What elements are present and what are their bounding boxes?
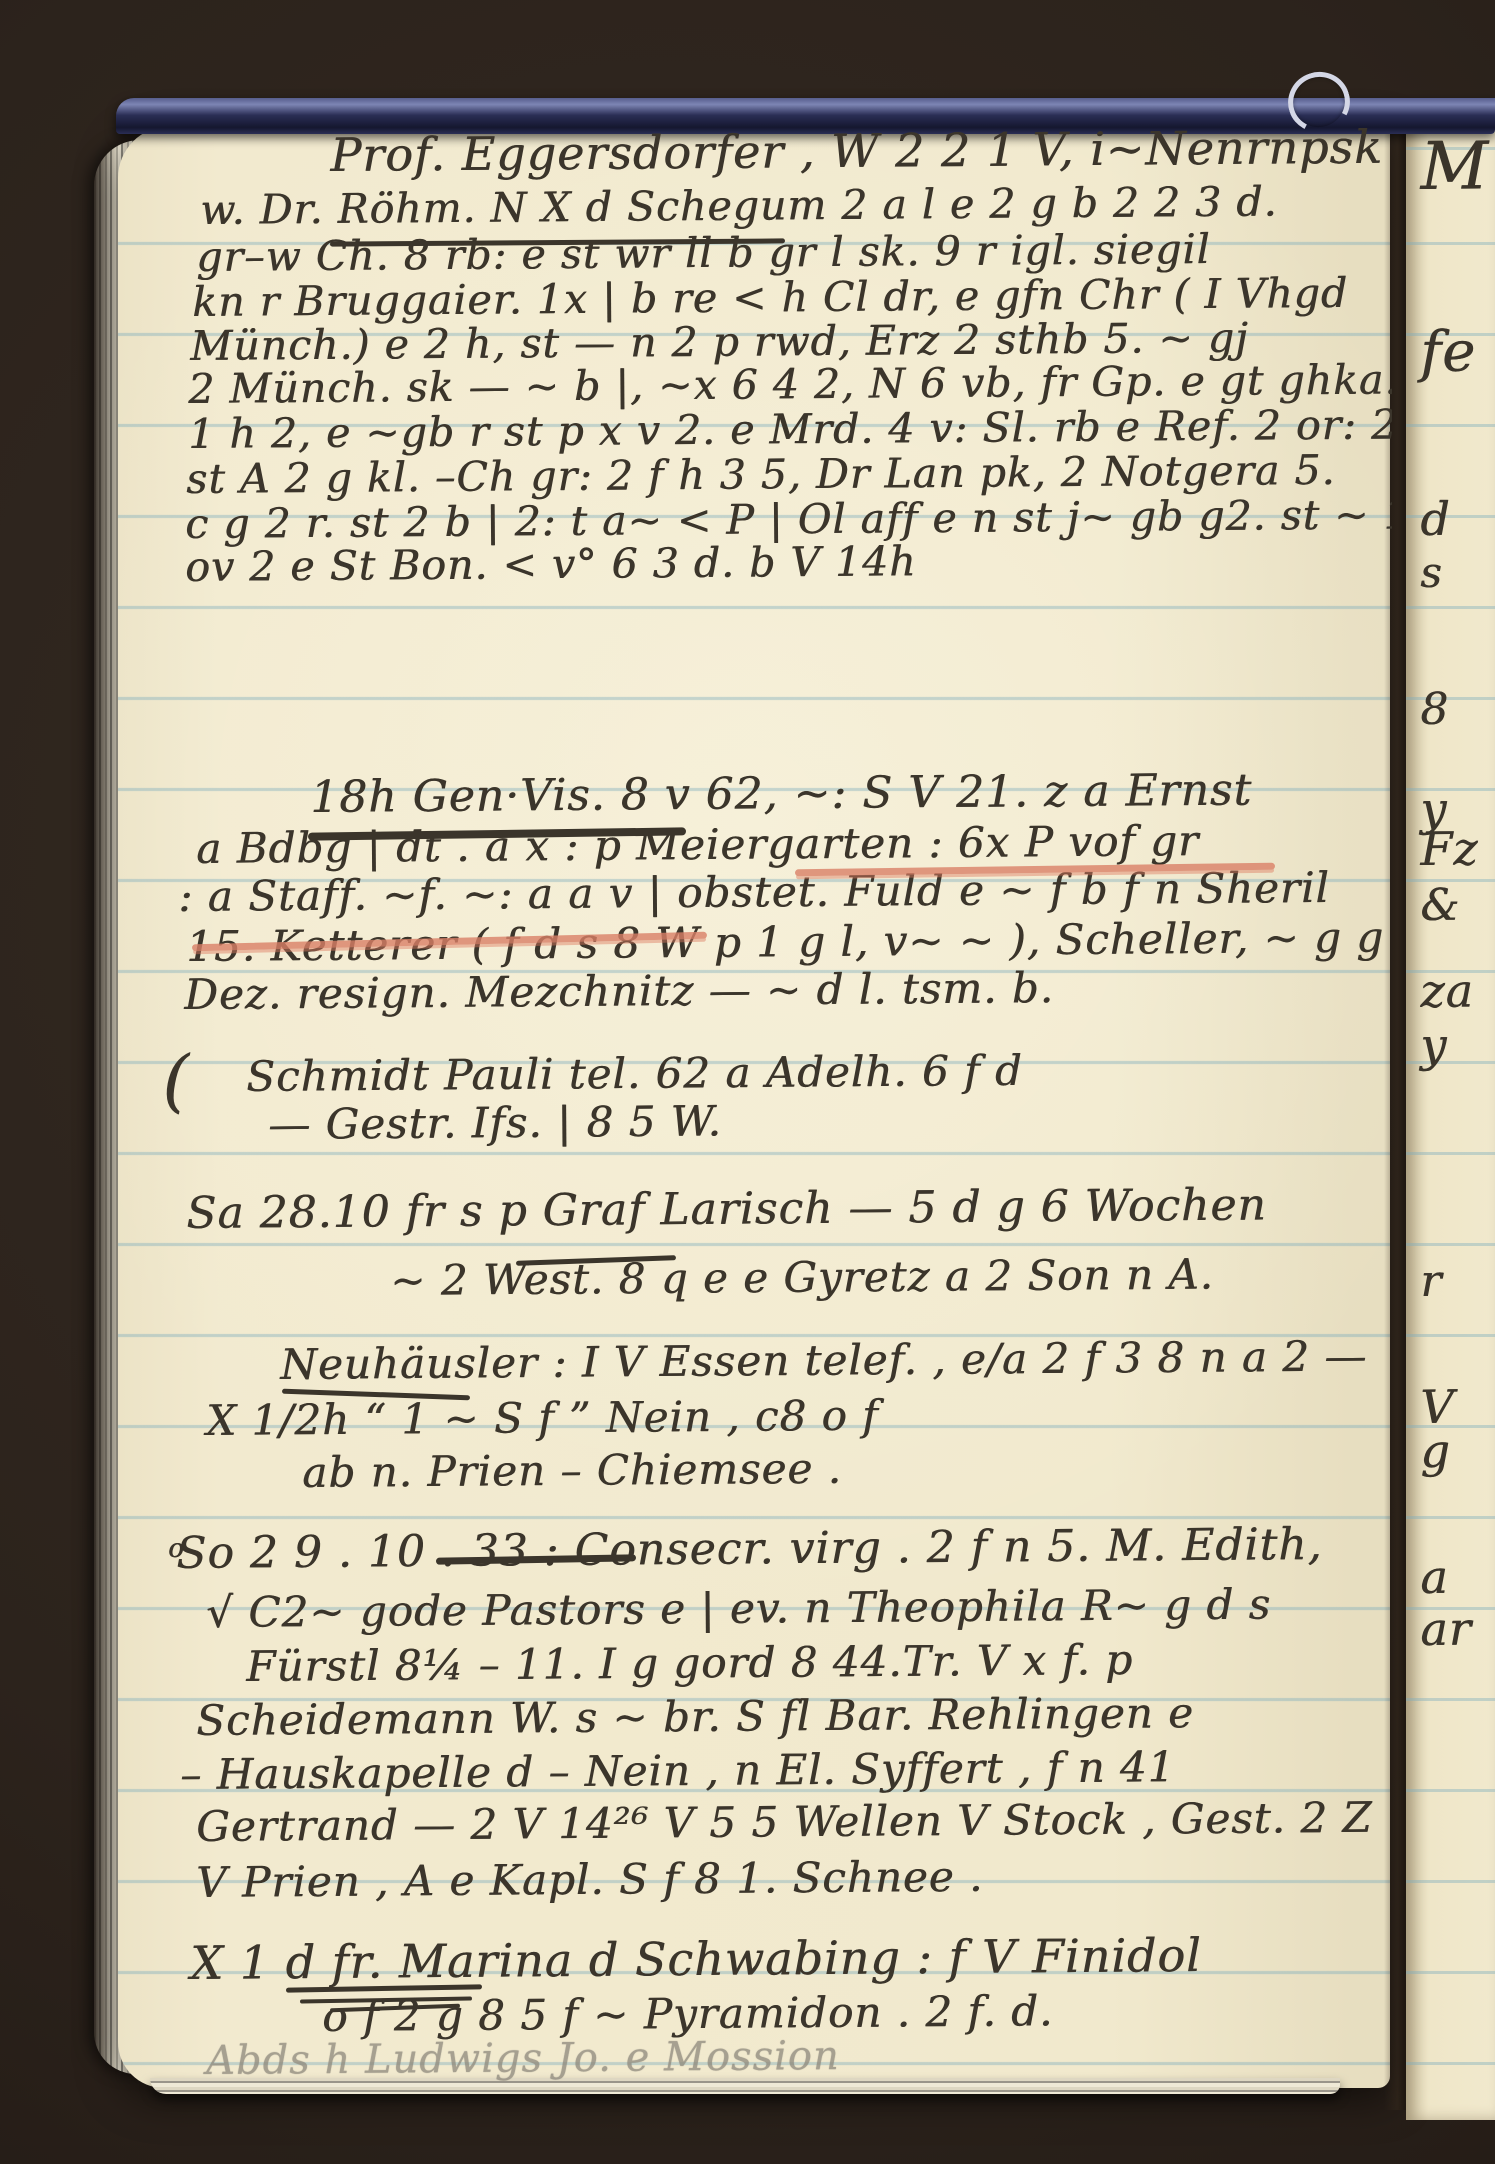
facing-page-glyph: a [1420, 1550, 1449, 1604]
handwriting-line: Dez. resign. Mezchnitz — ~ d l. tsm. b. [184, 963, 1054, 1019]
handwriting-line: Prof. Eggersdorfer , W 2 2 1 V, i~Nenrnp… [330, 120, 1383, 182]
handwriting-line: V Prien , A e Kapl. S f 8 1. Schnee . [196, 1852, 983, 1907]
handwriting-line: Neuhäusler : I V Essen telef. , e/a 2 f … [280, 1331, 1367, 1389]
handwriting-line: Schmidt Pauli tel. 62 a Adelh. 6 f d [246, 1046, 1023, 1101]
handwriting-line: – Hauskapelle d – Nein , n El. Syffert ,… [180, 1742, 1175, 1799]
facing-page-glyph: y [1420, 1018, 1447, 1072]
handwriting-line: ov 2 e St Bon. < v° 6 3 d. b V 14h [185, 537, 917, 591]
facing-page-glyph: g [1420, 1424, 1451, 1478]
handwriting-line: Scheidemann W. s ~ br. S fl Bar. Rehling… [196, 1688, 1194, 1745]
handwriting-line: 18h Gen·Vis. 8 v 62, ~: S V 21. z a Erns… [310, 765, 1252, 823]
handwriting-line: — Gestr. Ifs. | 8 5 W. [268, 1096, 722, 1149]
facing-page-glyph: 8 [1420, 684, 1449, 735]
handwriting-line: Gertrand — 2 V 14²⁶ V 5 5 Wellen V Stock… [196, 1793, 1373, 1851]
facing-page-handwriting-layer: Mfeds8yFz&zayrVgaar [1406, 114, 1495, 2120]
facing-page-glyph: Fz [1420, 822, 1479, 876]
handwriting-line: o f 2 g 8 5 f ~ Pyramidon . 2 f. d. [322, 1986, 1053, 2041]
handwriting-line: √ C2~ gode Pastors e | ev. n Theophila R… [206, 1580, 1271, 1637]
facing-page-glyph: d [1420, 492, 1451, 546]
scanned-notebook-photo: Prof. Eggersdorfer , W 2 2 1 V, i~Nenrnp… [0, 0, 1495, 2164]
handwriting-layer: Prof. Eggersdorfer , W 2 2 1 V, i~Nenrnp… [0, 0, 1392, 2086]
handwriting-line: X 1/2h “ 1 ~ S f ” Nein , c8 o f [206, 1391, 879, 1445]
handwriting-line: o [168, 1534, 185, 1564]
facing-page-glyph: r [1420, 1256, 1442, 1307]
handwriting-line: Fürstl 8¼ – 11. I g gord 8 44.Tr. V x f.… [246, 1635, 1133, 1691]
handwriting-line-pencil: Abds h Ludwigs Jo. e Mossion [206, 2033, 840, 2084]
facing-page-glyph: za [1420, 964, 1474, 1018]
facing-page-glyph: fe [1420, 320, 1476, 385]
facing-page-glyph: & [1420, 880, 1461, 931]
facing-page-glyph: s [1420, 548, 1443, 597]
handwriting-line: ab n. Prien – Chiemsee . [302, 1444, 842, 1497]
handwriting-line: ~ 2 West. 8 q e e Gyretz a 2 Son n A. [390, 1250, 1214, 1305]
facing-page-glyph: ar [1420, 1602, 1472, 1656]
handwriting-line: So 2 9 . 10 . 33 : Consecr. virg . 2 f n… [176, 1519, 1323, 1579]
handwriting-line: : a Staff. ~f. ~: a a v | obstet. Fuld e… [178, 863, 1330, 921]
facing-page-glyph: M [1420, 127, 1489, 205]
handwriting-line: ( [162, 1042, 190, 1121]
handwriting-line: X 1 d fr. Marina d Schwabing : f V Finid… [190, 1928, 1202, 1990]
handwriting-line: Sa 28.10 fr s p Graf Larisch — 5 d g 6 W… [186, 1180, 1267, 1239]
